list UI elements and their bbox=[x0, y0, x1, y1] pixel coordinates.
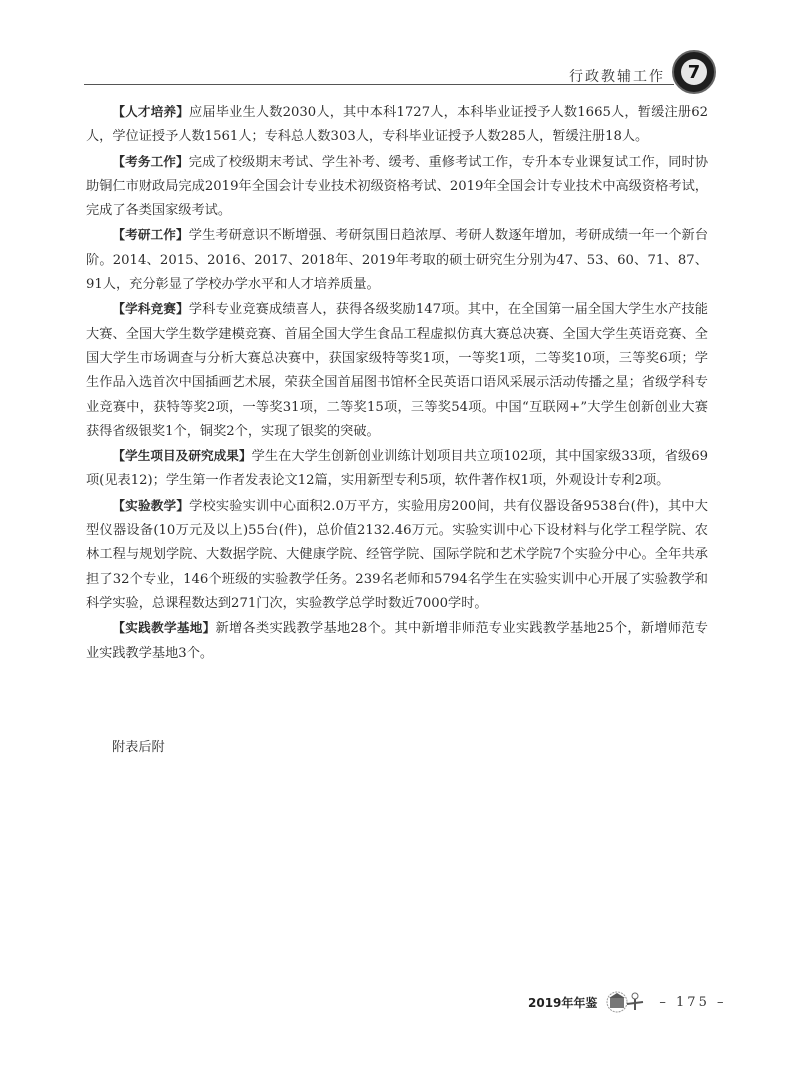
yearbook-emblem-icon bbox=[605, 990, 645, 1014]
university-logo-icon: 7 bbox=[672, 50, 716, 94]
paragraph-heading: 【实践教学基地】 bbox=[112, 620, 215, 635]
paragraph-text: 学科专业竞赛成绩喜人，获得各级奖励147项。其中，在全国第一届全国大学生水产技能… bbox=[86, 302, 708, 438]
yearbook-label: 2019年年鉴 bbox=[528, 994, 597, 1011]
paragraph-heading: 【实验教学】 bbox=[112, 498, 189, 513]
paragraph-heading: 【学生项目及研究成果】 bbox=[112, 448, 251, 463]
paragraph-student-projects: 【学生项目及研究成果】学生在大学生创新创业训练计划项目共立项102项，其中国家级… bbox=[86, 444, 708, 494]
paragraph-heading: 【学科竞赛】 bbox=[112, 301, 189, 316]
paragraph-talent-training: 【人才培养】应届毕业生人数2030人，其中本科1727人，本科毕业证授予人数16… bbox=[86, 100, 708, 150]
document-body: 【人才培养】应届毕业生人数2030人，其中本科1727人，本科毕业证授予人数16… bbox=[86, 100, 708, 666]
paragraph-lab-teaching: 【实验教学】学校实验实训中心面积2.0万平方，实验用房200间，共有仪器设备95… bbox=[86, 494, 708, 616]
paragraph-practice-bases: 【实践教学基地】新增各类实践教学基地28个。其中新增非师范专业实践教学基地25个… bbox=[86, 616, 708, 666]
page-footer: 2019年年鉴 – 175 – bbox=[528, 990, 726, 1014]
page-number: – 175 – bbox=[659, 995, 726, 1010]
paragraph-heading: 【考研工作】 bbox=[112, 227, 188, 242]
logo-glyph: 7 bbox=[681, 59, 707, 85]
paragraph-exam-affairs: 【考务工作】完成了校级期末考试、学生补考、缓考、重修考试工作，专升本专业课复试工… bbox=[86, 150, 708, 224]
paragraph-text: 学校实验实训中心面积2.0万平方，实验用房200间，共有仪器设备9538台(件)… bbox=[86, 499, 708, 611]
paragraph-competitions: 【学科竞赛】学科专业竞赛成绩喜人，获得各级奖励147项。其中，在全国第一届全国大… bbox=[86, 297, 708, 444]
header-divider bbox=[84, 84, 674, 85]
appendix-note: 附表后附 bbox=[112, 736, 165, 755]
paragraph-heading: 【人才培养】 bbox=[112, 104, 189, 119]
section-title: 行政教辅工作 bbox=[569, 66, 665, 86]
paragraph-postgraduate-exam: 【考研工作】学生考研意识不断增强、考研氛围日趋浓厚、考研人数逐年增加，考研成绩一… bbox=[86, 223, 708, 297]
paragraph-heading: 【考务工作】 bbox=[112, 154, 188, 169]
